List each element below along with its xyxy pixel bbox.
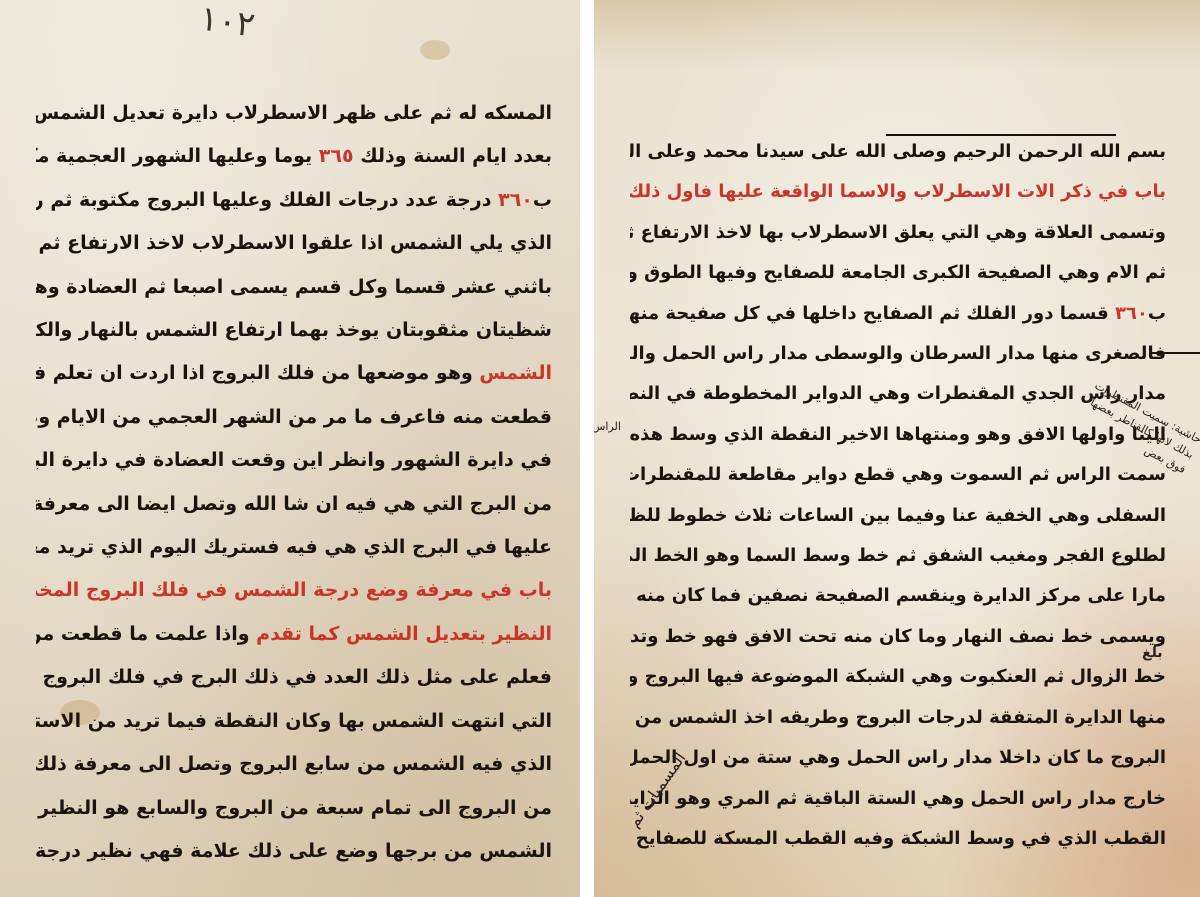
manuscript-line: السفلى وهي الخفية عنا وفيما بين الساعات … — [630, 496, 1166, 536]
manuscript-line: وتسمى العلاقة وهي التي يعلق الاسطرلاب به… — [630, 213, 1166, 253]
rubricated-text: ٣٦٠ — [1115, 303, 1148, 324]
manuscript-line: الشمس من برجها وضع على ذلك علامة فهي نظي… — [36, 830, 552, 873]
basmala-line: بسم الله الرحمن الرحيم وصلى الله على سيد… — [630, 132, 1166, 172]
rubricated-text: باب في ذكر الات الاسطرلاب والاسما الواقع… — [718, 181, 1166, 202]
diagonal-marginal-annotation: حاشية مكتوبة مائلة في الهامش العلوي وهي … — [712, 0, 1200, 34]
manuscript-line: لطلوع الفجر ومغيب الشفق ثم خط وسط السما … — [630, 536, 1166, 576]
right-page-text-block: بسم الله الرحمن الرحيم وصلى الله على سيد… — [630, 132, 1166, 859]
manuscript-line: سمت الراس ثم السموت وهي قطع دواير مقاطعة… — [630, 455, 1166, 495]
manuscript-line: مارا على مركز الدايرة وينقسم الصفيحة نصف… — [630, 576, 1166, 616]
rubricated-text: الشمس — [479, 362, 552, 384]
manuscript-line: خارج مدار راس الحمل وهي الستة الباقية ثم… — [630, 779, 1166, 819]
manuscript-line: التي انتهت الشمس بها وكان النقطة فيما تر… — [36, 700, 552, 743]
manuscript-line: المسكه له ثم على ظهر الاسطرلاب دايرة تعد… — [36, 92, 552, 135]
manuscript-line: ب٣٦٠ قسما دور الفلك ثم الصفايح داخلها في… — [630, 294, 1166, 334]
rubricated-text: ٣٦٥ — [319, 145, 354, 167]
manuscript-line: الشمس وهو موضعها من فلك البروج اذا اردت … — [36, 352, 552, 395]
chapter-heading-rubric: باب في ذكر الات الاسطرلاب والاسما الواقع… — [630, 172, 1166, 212]
manuscript-line: من البرج التي هي فيه ان شا الله وتصل ايض… — [36, 483, 552, 526]
manuscript-line: فالصغرى منها مدار السرطان والوسطى مدار ر… — [630, 334, 1166, 374]
chapter-heading-rubric: باب في معرفة وضع درجة الشمس في فلك البرو… — [36, 569, 552, 612]
right-manuscript-page: حاشية مكتوبة مائلة في الهامش العلوي وهي … — [594, 0, 1200, 897]
paper-stain — [420, 40, 450, 60]
folio-number: ١٠٢ — [197, 0, 257, 46]
manuscript-line: خط الزوال ثم العنكبوت وهي الشبكة الموضوع… — [630, 657, 1166, 697]
manuscript-line: النظير بتعديل الشمس كما تقدم واذا علمت م… — [36, 613, 552, 656]
manuscript-line: قطعت منه فاعرف ما مر من الشهر العجمي من … — [36, 396, 552, 439]
manuscript-line: في دايرة الشهور وانظر اين وقعت العضادة ف… — [36, 439, 552, 482]
manuscript-line: الذي يلي الشمس اذا علقوا الاسطرلاب لاخذ … — [36, 222, 552, 265]
manuscript-line: الذي فيه الشمس من سابع البروج وتصل الى م… — [36, 743, 552, 786]
left-margin-note: الراس — [594, 420, 621, 433]
manuscript-line: من البروج الى تمام سبعة من البروج والساب… — [36, 787, 552, 830]
manuscript-line: بعدد ايام السنة وذلك ٣٦٥ يوما وعليها الش… — [36, 135, 552, 178]
manuscript-line: شظيتان مثقوبتان يوخذ بهما ارتفاع الشمس ب… — [36, 309, 552, 352]
manuscript-line: عليها في البرج الذي هي فيه فستريك اليوم … — [36, 526, 552, 569]
marginal-line: والعضادة والشظيتان والقطب والفرس — [780, 0, 1200, 34]
manuscript-line: منها الدايرة المتفقة لدرجات البروج وطريق… — [630, 698, 1166, 738]
margin-reference-stroke — [1150, 352, 1200, 354]
manuscript-line: ويسمى خط نصف النهار وما كان منه تحت الاف… — [630, 617, 1166, 657]
left-manuscript-page: ١٠٢ المسكه له ثم على ظهر الاسطرلاب دايرة… — [0, 0, 580, 897]
manuscript-line: ثم الام وهي الصفيحة الكبرى الجامعة للصفا… — [630, 253, 1166, 293]
manuscript-line: باثني عشر قسما وكل قسم يسمى اصبعا ثم الع… — [36, 266, 552, 309]
left-page-text-block: المسكه له ثم على ظهر الاسطرلاب دايرة تعد… — [36, 92, 552, 873]
manuscript-line: القطب الذي في وسط الشبكة وفيه القطب المس… — [630, 819, 1166, 859]
manuscript-line: ب٣٦٠ درجة عدد درجات الفلك وعليها البروج … — [36, 179, 552, 222]
collation-mark: بلغ — [1142, 645, 1163, 661]
manuscript-line: فعلم على مثل ذلك العدد في ذلك البرج في ف… — [36, 656, 552, 699]
page-gutter — [580, 0, 594, 897]
manuscript-line: البروج ما كان داخلا مدار راس الحمل وهي س… — [630, 738, 1166, 778]
rubricated-text: ٣٦٠ — [498, 189, 533, 211]
rubricated-text: النظير بتعديل الشمس كما تقدم — [256, 623, 552, 645]
